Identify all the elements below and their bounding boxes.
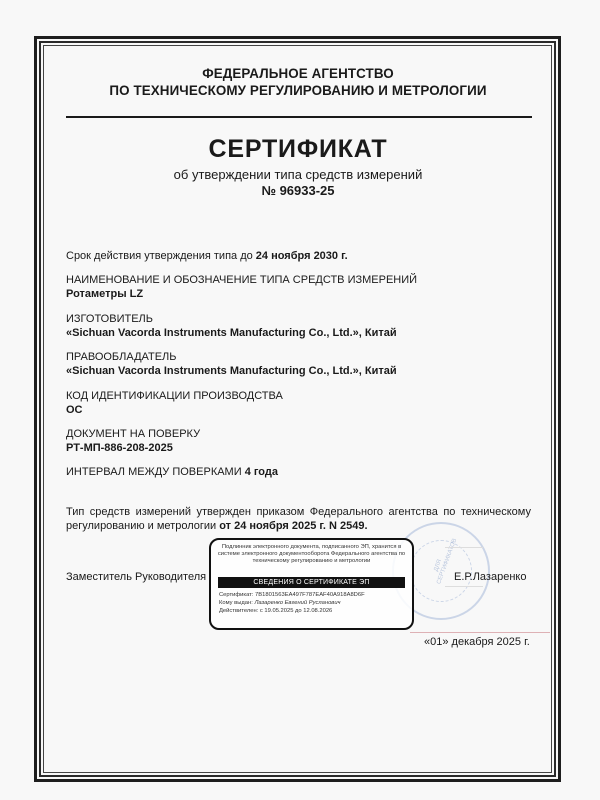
signature-stroke — [445, 547, 483, 548]
header-separator — [66, 116, 532, 118]
field-instrument-type: НАИМЕНОВАНИЕ И ОБОЗНАЧЕНИЕ ТИПА СРЕДСТВ … — [66, 273, 417, 301]
e-signature-certificate: Сертификат: 7B1801563EA497F787EAF40A918A… — [219, 591, 365, 599]
e-signature-note: Подлинник электронного документа, подпис… — [211, 544, 412, 565]
issue-date: «01» декабря 2025 г. — [424, 636, 530, 648]
verification-interval: ИНТЕРВАЛ МЕЖДУ ПОВЕРКАМИ 4 года — [66, 465, 278, 479]
validity-range: с 19.05.2025 до 12.08.2026 — [260, 608, 332, 614]
e-signature-details: Сертификат: 7B1801563EA497F787EAF40A918A… — [219, 591, 365, 615]
validity-period: Срок действия утверждения типа до 24 ноя… — [66, 249, 348, 263]
e-signature-stamp: Подлинник электронного документа, подпис… — [209, 538, 414, 630]
certificate-number: № 96933-25 — [44, 183, 552, 198]
field-production-code: КОД ИДЕНТИФИКАЦИИ ПРОИЗВОДСТВА ОС — [66, 389, 283, 417]
interval-label: ИНТЕРВАЛ МЕЖДУ ПОВЕРКАМИ — [66, 466, 245, 478]
decorative-line — [410, 632, 550, 633]
field-label: КОД ИДЕНТИФИКАЦИИ ПРОИЗВОДСТВА — [66, 389, 283, 403]
field-value: ОС — [66, 403, 283, 417]
interval-value: 4 года — [245, 466, 278, 478]
field-label: ПРАВООБЛАДАТЕЛЬ — [66, 350, 397, 364]
certificate-id: 7B1801563EA497F787EAF40A918A8D6F — [255, 592, 365, 598]
field-value: РТ-МП-886-208-2025 — [66, 441, 200, 455]
agency-header: ФЕДЕРАЛЬНОЕ АГЕНТСТВО ПО ТЕХНИЧЕСКОМУ РЕ… — [44, 66, 552, 99]
agency-name-line1: ФЕДЕРАЛЬНОЕ АГЕНТСТВО — [44, 66, 552, 83]
document-title: СЕРТИФИКАТ — [44, 135, 552, 164]
validity-label: Срок действия утверждения типа до — [66, 250, 256, 262]
order-line1: Тип средств измерений утвержден приказом… — [66, 505, 531, 519]
field-value: «Sichuan Vacorda Instruments Manufacturi… — [66, 364, 397, 378]
certificate-page: ФЕДЕРАЛЬНОЕ АГЕНТСТВО ПО ТЕХНИЧЕСКОМУ РЕ… — [0, 0, 600, 800]
e-signature-issued-to: Кому выдан: Лазаренко Евгений Русланович — [219, 599, 365, 607]
field-manufacturer: ИЗГОТОВИТЕЛЬ «Sichuan Vacorda Instrument… — [66, 312, 397, 340]
field-value: «Sichuan Vacorda Instruments Manufacturi… — [66, 326, 397, 340]
signature-stroke — [445, 586, 483, 587]
validity-date: 24 ноября 2030 г. — [256, 250, 348, 262]
order-line2: регулированию и метрологии — [66, 520, 219, 532]
e-signature-bar-title: СВЕДЕНИЯ О СЕРТИФИКАТЕ ЭП — [218, 577, 405, 588]
field-label: ДОКУМЕНТ НА ПОВЕРКУ — [66, 427, 200, 441]
field-value: Ротаметры LZ — [66, 287, 417, 301]
order-reference: от 24 ноября 2025 г. N 2549. — [219, 520, 367, 532]
e-signature-validity: Действителен: с 19.05.2025 до 12.08.2026 — [219, 607, 365, 615]
agency-name-line2: ПО ТЕХНИЧЕСКОМУ РЕГУЛИРОВАНИЮ И МЕТРОЛОГ… — [44, 83, 552, 100]
field-rights-holder: ПРАВООБЛАДАТЕЛЬ «Sichuan Vacorda Instrum… — [66, 350, 397, 378]
issued-to-name: Лазаренко Евгений Русланович — [254, 600, 340, 606]
field-verification-document: ДОКУМЕНТ НА ПОВЕРКУ РТ-МП-886-208-2025 — [66, 427, 200, 455]
signer-position: Заместитель Руководителя — [66, 571, 206, 583]
document-subtitle: об утверждении типа средств измерений — [44, 167, 552, 182]
field-label: НАИМЕНОВАНИЕ И ОБОЗНАЧЕНИЕ ТИПА СРЕДСТВ … — [66, 273, 417, 287]
signer-name: Е.Р.Лазаренко — [454, 571, 526, 583]
field-label: ИЗГОТОВИТЕЛЬ — [66, 312, 397, 326]
